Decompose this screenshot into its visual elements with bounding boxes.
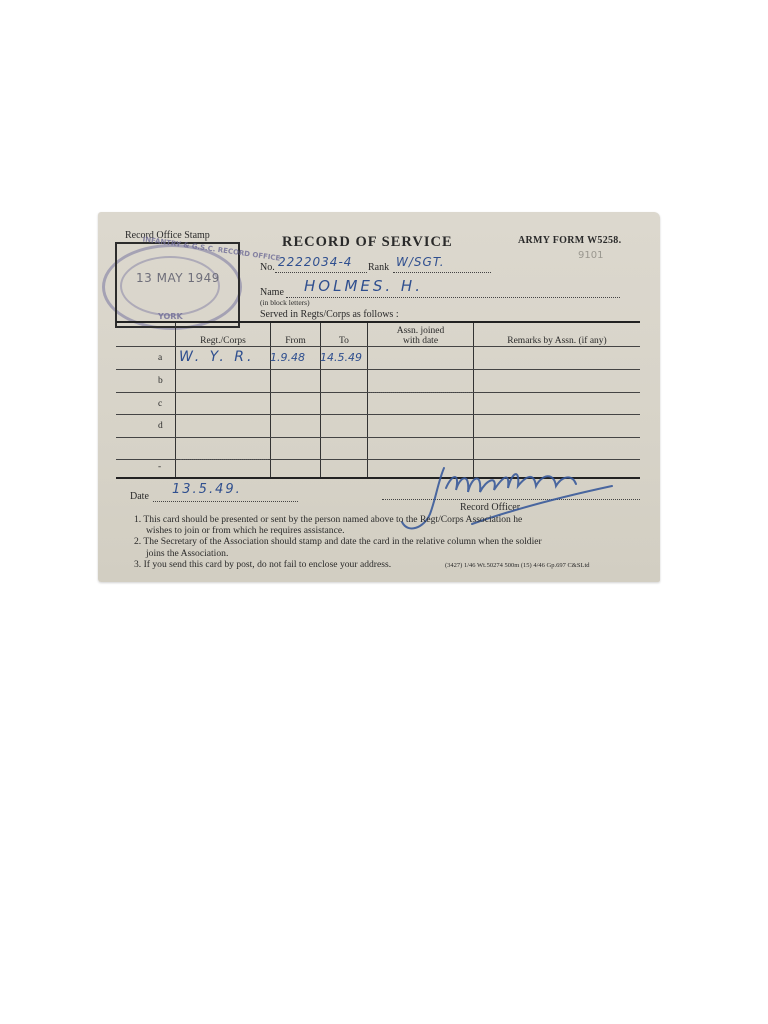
document-title: RECORD OF SERVICE [282, 234, 453, 251]
stamp-date: 13 MAY 1949 [136, 271, 220, 285]
stamp-ring-text-bottom: YORK [158, 312, 183, 321]
date-dotted-line [153, 501, 298, 502]
column-header-assn-line2: with date [368, 336, 473, 346]
row-a-regt: W. Y. R. [179, 349, 254, 365]
rank-value: W/SGT. [396, 255, 445, 269]
name-label: Name [260, 287, 284, 298]
name-value: HOLMES. H. [304, 277, 423, 295]
name-dotted-line [286, 297, 620, 298]
row-letter-c: c [158, 399, 162, 409]
row-a-from: 1.9.48 [270, 351, 305, 364]
pencil-mark: 9101 [578, 250, 603, 261]
row-a-to: 14.5.49 [320, 351, 362, 364]
instruction-2: 2. The Secretary of the Association shou… [134, 536, 542, 547]
column-header-assn-line1: Assn. joined [368, 326, 473, 336]
table-top-rule [116, 321, 640, 323]
record-of-service-card: Record Office Stamp INFANTRY & G.S.C. RE… [98, 212, 660, 582]
instruction-1-cont: wishes to join or from which he requires… [134, 525, 542, 536]
number-dotted-line [275, 272, 367, 273]
service-number-value: 2222034-4 [278, 255, 352, 269]
row-rule [116, 369, 640, 370]
printer-imprint: (3427) 1/46 Wt.50274 500m (15) 4/46 Gp.6… [445, 562, 590, 569]
army-form-number: ARMY FORM W5258. [518, 235, 621, 246]
row-letter-extra: - [158, 462, 161, 472]
row-rule [116, 414, 640, 415]
row-rule [116, 346, 640, 347]
instruction-1: 1. This card should be presented or sent… [134, 514, 542, 525]
row-letter-d: d [158, 421, 163, 431]
row-rule [116, 437, 640, 438]
row-letter-a: a [158, 353, 162, 363]
rank-dotted-line [393, 272, 491, 273]
row-rule-dotted [368, 392, 473, 393]
rank-label: Rank [368, 262, 389, 273]
column-header-from: From [271, 336, 320, 346]
date-value: 13.5.49. [172, 482, 242, 497]
date-label: Date [130, 491, 149, 502]
row-rule-dotted [180, 459, 268, 460]
served-in-label: Served in Regts/Corps as follows : [260, 309, 399, 320]
column-header-regt: Regt./Corps [176, 336, 270, 346]
column-header-remarks: Remarks by Assn. (if any) [474, 336, 640, 346]
row-letter-b: b [158, 376, 163, 386]
number-label: No. [260, 262, 275, 273]
name-sublabel: (in block letters) [260, 298, 310, 307]
column-header-to: To [321, 336, 367, 346]
instruction-2-cont: joins the Association. [134, 548, 542, 559]
